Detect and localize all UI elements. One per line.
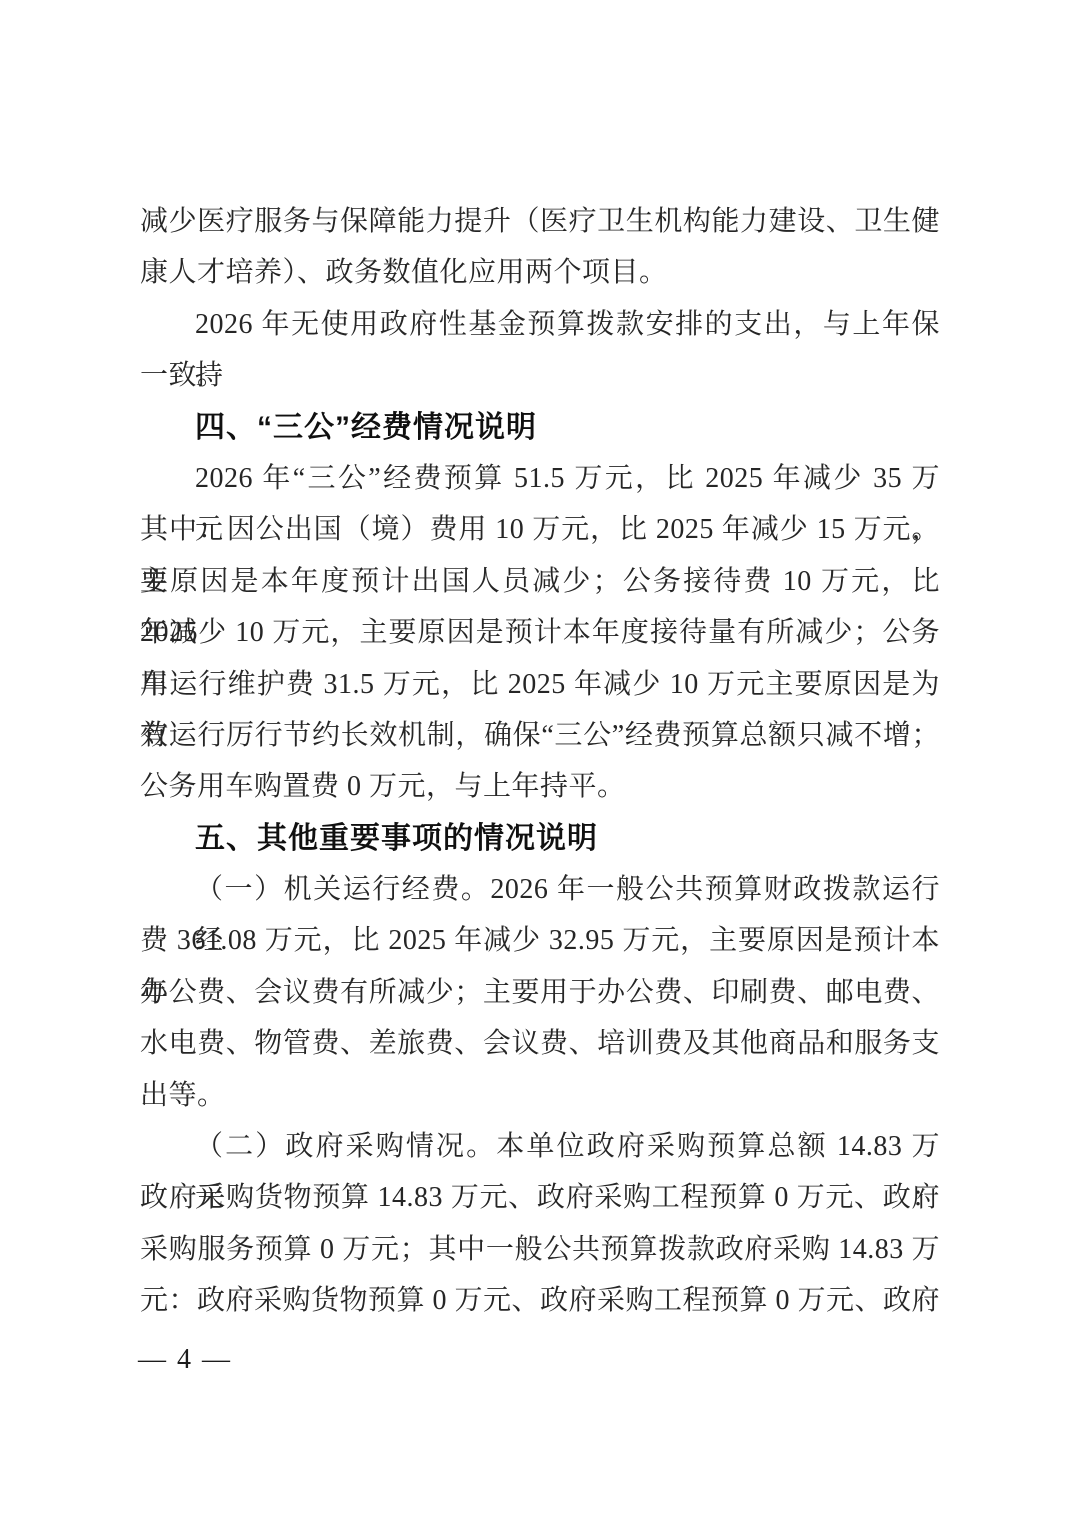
text-line: 2026 年无使用政府性基金预算拨款安排的支出，与上年保持 xyxy=(140,299,940,350)
text-line: 出等。 xyxy=(140,1070,940,1121)
text-line: 办公费、会议费有所减少；主要用于办公费、印刷费、邮电费、 xyxy=(140,967,940,1018)
text-line: 费 361.08 万元，比 2025 年减少 32.95 万元，主要原因是预计本… xyxy=(140,915,940,966)
text-line: 2026 年“三公”经费预算 51.5 万元，比 2025 年减少 35 万元。 xyxy=(140,453,940,504)
text-line: 康人才培养）、政务数值化应用两个项目。 xyxy=(140,247,940,298)
text-line: （二）政府采购情况。本单位政府采购预算总额 14.83 万元： xyxy=(140,1121,940,1172)
text-line: 公务用车购置费 0 万元，与上年持平。 xyxy=(140,761,940,812)
text-line: （一）机关运行经费。2026 年一般公共预算财政拨款运行经 xyxy=(140,864,940,915)
section-heading: 四、“三公”经费情况说明 xyxy=(140,402,940,453)
text-line: 要原因是本年度预计出国人员减少；公务接待费 10 万元，比 2025 xyxy=(140,556,940,607)
section-heading: 五、其他重要事项的情况说明 xyxy=(140,813,940,864)
document-body: 减少医疗服务与保障能力提升（医疗卫生机构能力建设、卫生健康人才培养）、政务数值化… xyxy=(140,196,940,1327)
text-line: 采购服务预算 0 万元；其中一般公共预算拨款政府采购 14.83 万 xyxy=(140,1224,940,1275)
document-page: 减少医疗服务与保障能力提升（医疗卫生机构能力建设、卫生健康人才培养）、政务数值化… xyxy=(0,0,1074,1520)
text-line: 水电费、物管费、差旅费、会议费、培训费及其他商品和服务支 xyxy=(140,1018,940,1069)
text-line: 效运行厉行节约长效机制，确保“三公”经费预算总额只减不增； xyxy=(140,710,940,761)
text-line: 一致。 xyxy=(140,350,940,401)
text-line: 元：政府采购货物预算 0 万元、政府采购工程预算 0 万元、政府 xyxy=(140,1275,940,1326)
text-line: 其中：因公出国（境）费用 10 万元，比 2025 年减少 15 万元，主 xyxy=(140,504,940,555)
page-number: — 4 — xyxy=(138,1340,232,1380)
text-line: 政府采购货物预算 14.83 万元、政府采购工程预算 0 万元、政府 xyxy=(140,1172,940,1223)
text-line: 车运行维护费 31.5 万元，比 2025 年减少 10 万元主要原因是为有 xyxy=(140,659,940,710)
text-line: 减少医疗服务与保障能力提升（医疗卫生机构能力建设、卫生健 xyxy=(140,196,940,247)
text-line: 年减少 10 万元，主要原因是预计本年度接待量有所减少；公务用 xyxy=(140,607,940,658)
